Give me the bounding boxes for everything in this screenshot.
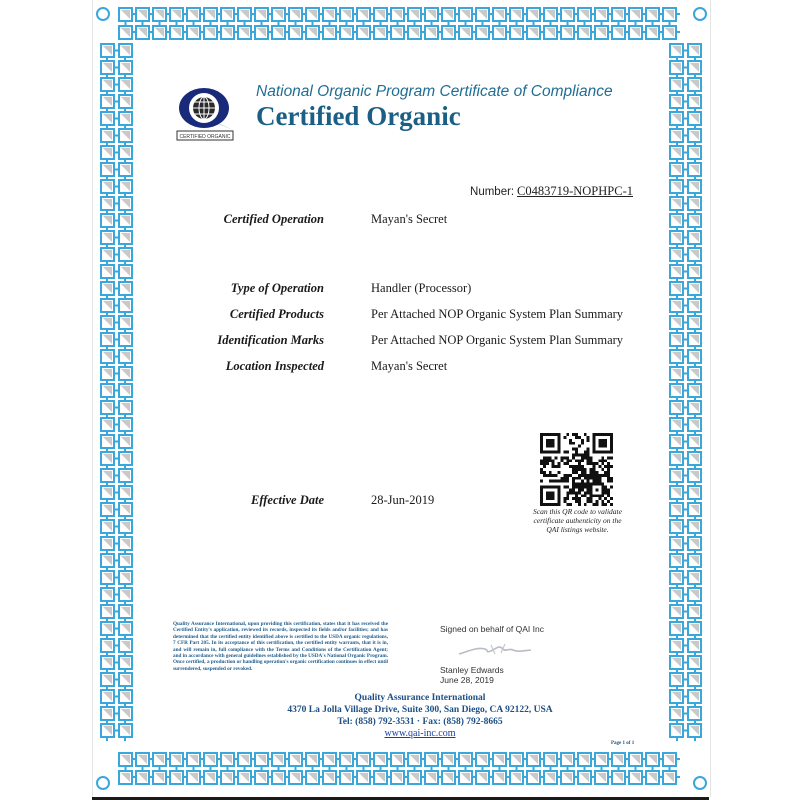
footer-org: Quality Assurance International [200, 692, 640, 704]
certificate-number: Number: C0483719-NOPHPC-1 [470, 184, 633, 199]
certificate-subtitle: National Organic Program Certificate of … [256, 83, 613, 101]
label-location-inspected: Location Inspected [164, 359, 324, 374]
signature-icon [455, 639, 535, 659]
footer-website-link[interactable]: www.qai-inc.com [200, 728, 640, 740]
number-value: C0483719-NOPHPC-1 [517, 184, 633, 198]
value-certified-operation: Mayan's Secret [371, 212, 447, 227]
qr-code-icon[interactable] [540, 433, 613, 506]
label-type-of-operation: Type of Operation [164, 281, 324, 296]
value-certified-products: Per Attached NOP Organic System Plan Sum… [371, 307, 623, 322]
value-identification-marks: Per Attached NOP Organic System Plan Sum… [371, 333, 623, 348]
value-type-of-operation: Handler (Processor) [371, 281, 471, 296]
signer-name: Stanley Edwards [440, 665, 504, 675]
label-identification-marks: Identification Marks [164, 333, 324, 348]
qr-caption: Scan this QR code to validate certificat… [530, 507, 625, 534]
footer-address: Quality Assurance International 4370 La … [200, 692, 640, 740]
signed-on-behalf-label: Signed on behalf of QAI Inc [440, 624, 544, 634]
qai-logo-icon: CERTIFIED ORGANIC [175, 86, 237, 142]
number-label: Number: [470, 186, 514, 198]
value-effective-date: 28-Jun-2019 [371, 493, 434, 508]
signer-date: June 28, 2019 [440, 675, 494, 685]
label-certified-operation: Certified Operation [164, 212, 324, 227]
value-location-inspected: Mayan's Secret [371, 359, 447, 374]
svg-text:CERTIFIED ORGANIC: CERTIFIED ORGANIC [179, 134, 230, 140]
certificate-title: Certified Organic [256, 101, 461, 132]
page-count: Page 1 of 1 [611, 741, 634, 746]
legal-statement: Quality Assurance International, upon pr… [173, 621, 388, 672]
label-certified-products: Certified Products [164, 307, 324, 322]
footer-street: 4370 La Jolla Village Drive, Suite 300, … [200, 704, 640, 716]
footer-phone: Tel: (858) 792-3531 · Fax: (858) 792-866… [200, 716, 640, 728]
label-effective-date: Effective Date [164, 493, 324, 508]
